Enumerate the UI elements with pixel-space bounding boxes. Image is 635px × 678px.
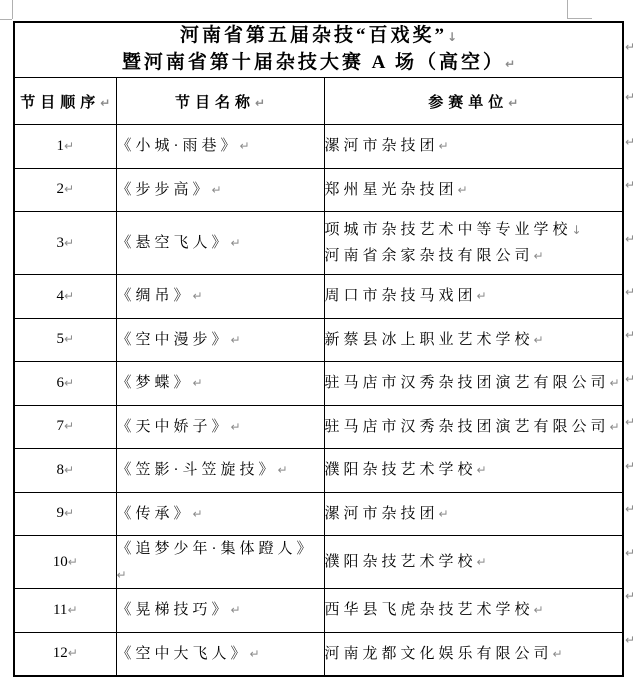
crop-mark-top-right-vertical [567,0,568,18]
name-cell: 《悬空飞人》↵ [116,212,324,275]
table-row: 2↵《步步高》↵郑州星光杂技团↵ [14,168,623,212]
table-row: 6↵《梦蝶》↵驻马店市汉秀杂技团演艺有限公司↵ [14,362,623,406]
end-of-row-mark: ↵ [625,458,635,474]
paragraph-mark: ↵ [68,646,78,660]
line-break-mark: ↓ [572,223,582,237]
unit-cell: 驻马店市汉秀杂技团演艺有限公司↵ [324,362,623,406]
word-document-page: { "page": { "title_line1": "河南省第五届杂技“百戏奖… [0,0,635,678]
name-cell: 《空中大飞人》↵ [116,632,324,676]
end-of-row-mark: ↵ [625,545,635,561]
paragraph-mark: ↵ [610,376,620,390]
paragraph-mark: ↵ [250,647,260,661]
order-cell: 9↵ [14,492,116,536]
unit-cell: 新蔡县冰上职业艺术学校↵ [324,318,623,362]
header-unit: 参赛单位↵ [324,78,623,125]
paragraph-mark: ↵ [508,96,518,110]
paragraph-mark: ↵ [117,568,127,582]
paragraph-mark: ↵ [64,506,74,520]
table-row: 10↵《追梦少年·集体蹬人》↵濮阳杂技艺术学校↵ [14,536,623,589]
unit-cell: 周口市杂技马戏团↵ [324,275,623,319]
paragraph-mark: ↵ [477,463,487,477]
order-cell: 6↵ [14,362,116,406]
table-header-row: 节目顺序↵ 节目名称↵ 参赛单位↵ [14,78,623,125]
header-name: 节目名称↵ [116,78,324,125]
doc-title-line-2: 暨河南省第十届杂技大赛 A 场（高空）↵ [15,50,622,77]
paragraph-mark: ↵ [64,289,74,303]
unit-line: 河南省余家杂技有限公司↵ [325,243,623,269]
table-row: 4↵《绸吊》↵周口市杂技马戏团↵ [14,275,623,319]
line-break-mark: ↓ [447,30,457,44]
paragraph-mark: ↵ [64,332,74,346]
unit-cell: 河南龙都文化娱乐有限公司↵ [324,632,623,676]
order-cell: 12↵ [14,632,116,676]
end-of-row-mark: ↵ [625,588,635,604]
end-of-row-mark: ↵ [625,327,635,343]
unit-cell: 郑州星光杂技团↵ [324,168,623,212]
unit-cell: 驻马店市汉秀杂技团演艺有限公司↵ [324,405,623,449]
name-cell: 《传承》↵ [116,492,324,536]
paragraph-mark: ↵ [64,376,74,390]
name-cell: 《晃梯技巧》↵ [116,589,324,633]
name-cell: 《天中娇子》↵ [116,405,324,449]
unit-cell: 濮阳杂技艺术学校↵ [324,536,623,589]
paragraph-mark: ↵ [193,376,203,390]
unit-cell: 西华县飞虎杂技艺术学校↵ [324,589,623,633]
name-cell: 《追梦少年·集体蹬人》↵ [116,536,324,589]
order-cell: 3↵ [14,212,116,275]
order-cell: 8↵ [14,449,116,493]
paragraph-mark: ↵ [439,139,449,153]
end-of-row-mark: ↵ [625,414,635,430]
order-cell: 7↵ [14,405,116,449]
paragraph-mark: ↵ [458,183,468,197]
paragraph-mark: ↵ [534,249,544,263]
unit-cell: 漯河市杂技团↵ [324,492,623,536]
unit-cell: 漯河市杂技团↵ [324,125,623,169]
paragraph-mark: ↵ [477,289,487,303]
name-cell: 《梦蝶》↵ [116,362,324,406]
crop-mark-top-left-vertical [12,0,13,19]
header-order: 节目顺序↵ [14,78,116,125]
end-of-row-mark: ↵ [625,177,635,193]
end-of-row-mark: ↵ [625,501,635,517]
end-of-row-mark: ↵ [625,39,635,55]
paragraph-mark: ↵ [231,420,241,434]
paragraph-mark: ↵ [68,555,78,569]
paragraph-mark: ↵ [100,96,110,110]
end-of-row-mark: ↵ [625,231,635,247]
paragraph-mark: ↵ [534,333,544,347]
doc-title-line-1: 河南省第五届杂技“百戏奖”↓ [15,23,622,50]
paragraph-mark: ↵ [193,289,203,303]
paragraph-mark: ↵ [255,96,265,110]
unit-cell: 濮阳杂技艺术学校↵ [324,449,623,493]
end-of-row-mark: ↵ [625,284,635,300]
end-of-row-mark: ↵ [625,371,635,387]
paragraph-mark: ↵ [231,603,241,617]
table-row: 9↵《传承》↵漯河市杂技团↵ [14,492,623,536]
paragraph-mark: ↵ [64,463,74,477]
table-row: 3↵《悬空飞人》↵项城市杂技艺术中等专业学校↓河南省余家杂技有限公司↵ [14,212,623,275]
paragraph-mark: ↵ [212,183,222,197]
name-cell: 《绸吊》↵ [116,275,324,319]
paragraph-mark: ↵ [64,419,74,433]
paragraph-mark: ↵ [193,507,203,521]
name-cell: 《笠影·斗笠旋技》↵ [116,449,324,493]
paragraph-mark: ↵ [439,507,449,521]
paragraph-mark: ↵ [505,57,515,71]
table-row: 8↵《笠影·斗笠旋技》↵濮阳杂技艺术学校↵ [14,449,623,493]
end-of-row-mark: ↵ [625,89,635,105]
paragraph-mark: ↵ [231,333,241,347]
paragraph-mark: ↵ [240,139,250,153]
order-cell: 2↵ [14,168,116,212]
paragraph-mark: ↵ [534,603,544,617]
crop-mark-top-right-horizontal [567,18,592,19]
name-cell: 《空中漫步》↵ [116,318,324,362]
paragraph-mark: ↵ [553,647,563,661]
unit-cell: 项城市杂技艺术中等专业学校↓河南省余家杂技有限公司↵ [324,212,623,275]
end-of-row-mark: ↵ [625,134,635,150]
paragraph-mark: ↵ [477,555,487,569]
document-table-wrapper: 河南省第五届杂技“百戏奖”↓ 暨河南省第十届杂技大赛 A 场（高空）↵ 节目顺序… [13,21,624,677]
table-row: 11↵《晃梯技巧》↵西华县飞虎杂技艺术学校↵ [14,589,623,633]
table-row: 7↵《天中娇子》↵驻马店市汉秀杂技团演艺有限公司↵ [14,405,623,449]
order-cell: 10↵ [14,536,116,589]
table-title-row: 河南省第五届杂技“百戏奖”↓ 暨河南省第十届杂技大赛 A 场（高空）↵ [14,22,623,78]
paragraph-mark: ↵ [64,236,74,250]
name-cell: 《步步高》↵ [116,168,324,212]
name-cell: 《小城·雨巷》↵ [116,125,324,169]
order-cell: 11↵ [14,589,116,633]
table-row: 1↵《小城·雨巷》↵漯河市杂技团↵ [14,125,623,169]
paragraph-mark: ↵ [64,182,74,196]
paragraph-mark: ↵ [231,236,241,250]
order-cell: 1↵ [14,125,116,169]
unit-line: 项城市杂技艺术中等专业学校↓ [325,217,623,243]
order-cell: 4↵ [14,275,116,319]
table-row: 12↵《空中大飞人》↵河南龙都文化娱乐有限公司↵ [14,632,623,676]
table-title-cell: 河南省第五届杂技“百戏奖”↓ 暨河南省第十届杂技大赛 A 场（高空）↵ [14,22,623,78]
crop-mark-top-left-horizontal [0,19,12,20]
paragraph-mark: ↵ [610,420,620,434]
paragraph-mark: ↵ [67,603,77,617]
end-of-row-mark: ↵ [625,632,635,648]
order-cell: 5↵ [14,318,116,362]
table-row: 5↵《空中漫步》↵新蔡县冰上职业艺术学校↵ [14,318,623,362]
paragraph-mark: ↵ [64,139,74,153]
paragraph-mark: ↵ [278,463,288,477]
program-table: 河南省第五届杂技“百戏奖”↓ 暨河南省第十届杂技大赛 A 场（高空）↵ 节目顺序… [13,21,624,677]
